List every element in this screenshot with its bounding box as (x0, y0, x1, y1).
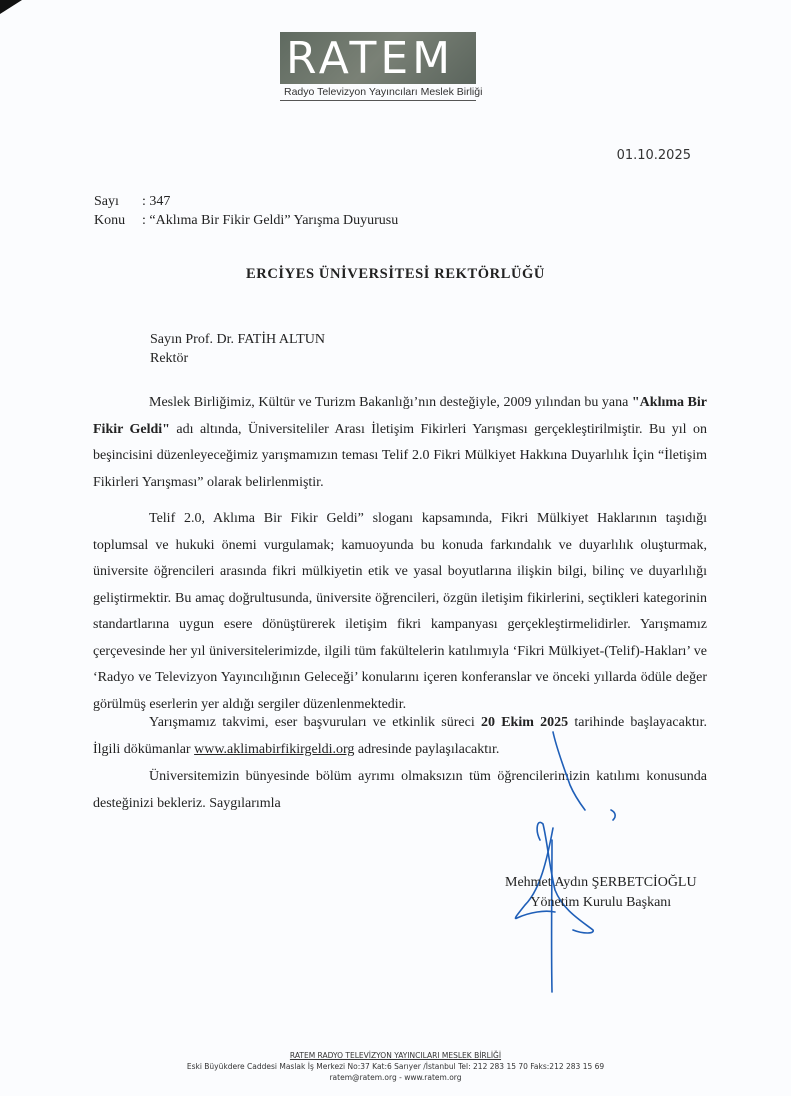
letter-meta: Sayı : 347 Konu : “Aklıma Bir Fikir Geld… (94, 192, 398, 230)
footer-address: Eski Büyükdere Caddesi Maslak İş Merkezi… (0, 1061, 791, 1072)
konu-value: : “Aklıma Bir Fikir Geldi” Yarışma Duyur… (142, 211, 398, 230)
recipient-heading: ERCİYES ÜNİVERSİTESİ REKTÖRLÜĞÜ (0, 266, 791, 283)
signatory-name: Mehmet Aydın ŞERBETCİOĞLU (505, 873, 697, 893)
addressee-name: Sayın Prof. Dr. FATİH ALTUN (150, 330, 325, 349)
paragraph-1: Meslek Birliğimiz, Kültür ve Turizm Baka… (93, 390, 707, 496)
logo-text: RATEM (286, 34, 454, 84)
logo-underline (280, 100, 476, 101)
addressee: Sayın Prof. Dr. FATİH ALTUN Rektör (150, 330, 325, 368)
handwritten-signature (495, 730, 635, 1000)
konu-row: Konu : “Aklıma Bir Fikir Geldi” Yarışma … (94, 211, 398, 230)
p1-text: Meslek Birliğimiz, Kültür ve Turizm Baka… (149, 395, 632, 410)
ratem-logo: RATEM Radyo Televizyon Yayıncıları Mesle… (280, 32, 476, 98)
logo-subtitle: Radyo Televizyon Yayıncıları Meslek Birl… (284, 86, 482, 98)
website-link[interactable]: www.aklimabirfikirgeldi.org (194, 742, 354, 757)
letter-footer: RATEM RADYO TELEVİZYON YAYINCILARI MESLE… (0, 1050, 791, 1083)
sayi-value: : 347 (142, 192, 170, 211)
p3-text: Yarışmamız takvimi, eser başvuruları ve … (149, 715, 481, 730)
sayi-row: Sayı : 347 (94, 192, 398, 211)
scan-corner-shadow (0, 0, 22, 14)
addressee-title: Rektör (150, 349, 325, 368)
signatory-title: Yönetim Kurulu Başkanı (505, 893, 697, 913)
p3-date-bold: 20 Ekim 2025 (481, 715, 568, 730)
p2-text: Telif 2.0, Aklıma Bir Fikir Geldi” sloga… (93, 506, 707, 718)
footer-org: RATEM RADYO TELEVİZYON YAYINCILARI MESLE… (0, 1050, 791, 1061)
konu-label: Konu (94, 211, 142, 230)
sayi-label: Sayı (94, 192, 142, 211)
letter-date: 01.10.2025 (617, 148, 691, 163)
p3-text-after: adresinde paylaşılacaktır. (354, 742, 499, 757)
p1-text-after: adı altında, Üniversiteliler Arası İleti… (93, 422, 707, 490)
paragraph-2: Telif 2.0, Aklıma Bir Fikir Geldi” sloga… (93, 506, 707, 718)
footer-contact: ratem@ratem.org - www.ratem.org (0, 1072, 791, 1083)
logo-box: RATEM (280, 32, 476, 84)
signatory: Mehmet Aydın ŞERBETCİOĞLU Yönetim Kurulu… (505, 873, 697, 913)
